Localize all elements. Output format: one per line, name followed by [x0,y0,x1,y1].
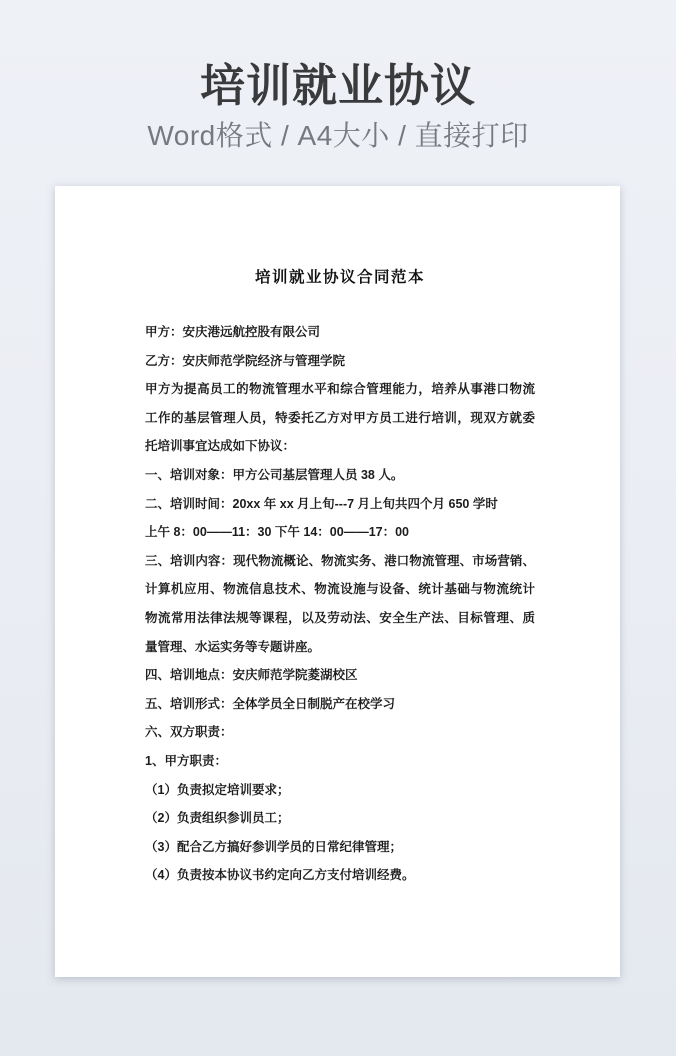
page-subtitle: Word格式 / A4大小 / 直接打印 [0,118,676,154]
document-line: 托培训事宜达成如下协议： [145,432,535,461]
document-line: 工作的基层管理人员，特委托乙方对甲方员工进行培训，现双方就委 [145,404,535,433]
document-line: 甲方为提高员工的物流管理水平和综合管理能力，培养从事港口物流 [145,375,535,404]
document-line: 四、培训地点：安庆师范学院菱湖校区 [145,661,535,690]
header: 培训就业协议 Word格式 / A4大小 / 直接打印 [0,0,676,154]
page-title: 培训就业协议 [0,58,676,114]
document-line: 上午 8：00——11：30 下午 14：00——17：00 [145,518,535,547]
document-line: 五、培训形式：全体学员全日制脱产在校学习 [145,690,535,719]
document-line: 乙方：安庆师范学院经济与管理学院 [145,347,535,376]
page: { "header": { "title": "培训就业协议", "subtit… [0,0,676,1056]
document-line: 量管理、水运实务等专题讲座。 [145,633,535,662]
document-line: 物流常用法律法规等课程，以及劳动法、安全生产法、目标管理、质 [145,604,535,633]
document-title: 培训就业协议合同范本 [145,268,535,288]
document-line: （1）负责拟定培训要求； [145,776,535,805]
document-line: （2）负责组织参训员工； [145,804,535,833]
document-line: 1、甲方职责： [145,747,535,776]
document-line: 三、培训内容：现代物流概论、物流实务、港口物流管理、市场营销、 [145,547,535,576]
document-page: 培训就业协议合同范本 甲方：安庆港远航控股有限公司乙方：安庆师范学院经济与管理学… [55,186,620,977]
document-body: 甲方：安庆港远航控股有限公司乙方：安庆师范学院经济与管理学院甲方为提高员工的物流… [145,318,535,890]
document-line: 二、培训时间：20xx 年 xx 月上旬---7 月上旬共四个月 650 学时 [145,490,535,519]
document-line: 一、培训对象：甲方公司基层管理人员 38 人。 [145,461,535,490]
document-line: （4）负责按本协议书约定向乙方支付培训经费。 [145,861,535,890]
document-line: （3）配合乙方搞好参训学员的日常纪律管理； [145,833,535,862]
document-line: 计算机应用、物流信息技术、物流设施与设备、统计基础与物流统计 [145,575,535,604]
document-line: 甲方：安庆港远航控股有限公司 [145,318,535,347]
document-line: 六、双方职责： [145,718,535,747]
